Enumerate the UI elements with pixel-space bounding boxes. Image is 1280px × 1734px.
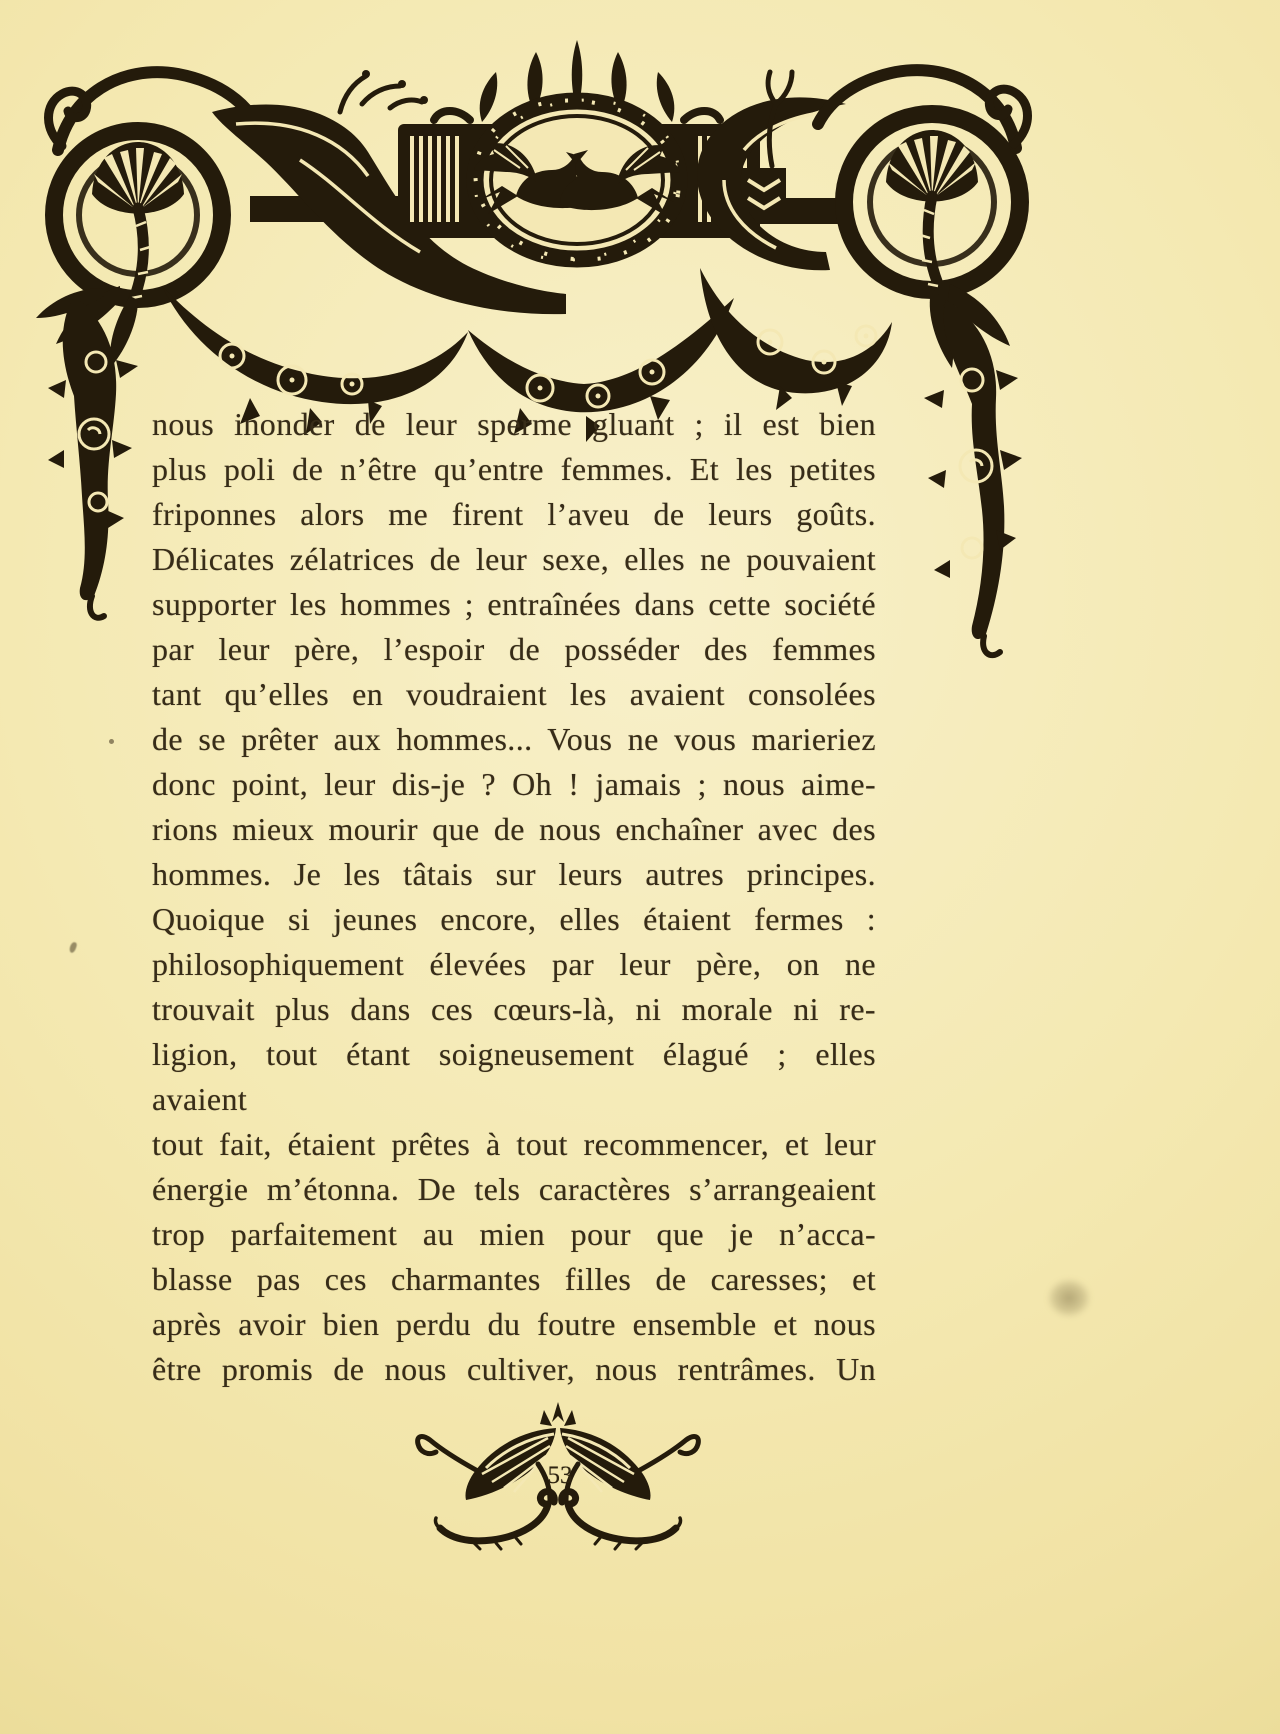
tulip-right — [886, 130, 978, 308]
text-line: par leur père, l’espoir de posséder des … — [152, 627, 876, 672]
text-line: ligion, tout étant soigneusement élagué … — [152, 1032, 876, 1122]
acanthus-swoosh-left — [212, 70, 566, 314]
pendant-left — [48, 296, 138, 618]
text-line: énergie m’étonna. De tels caractères s’a… — [152, 1167, 876, 1212]
right-scroll — [818, 70, 1028, 368]
text-line: supporter les hommes ; entraînées dans c… — [152, 582, 876, 627]
hatched-panel-left — [412, 136, 457, 222]
acanthus-swoosh-right — [697, 72, 846, 270]
text-line: Quoique si jeunes encore, elles étaient … — [152, 897, 876, 942]
text-line: blasse pas ces charmantes filles de care… — [152, 1257, 876, 1302]
ink-smudge — [1040, 1272, 1098, 1324]
text-line: être promis de nous cultiver, nous rentr… — [152, 1347, 876, 1392]
tailpiece-crest — [540, 1402, 576, 1426]
hatched-panel-right — [700, 136, 745, 222]
text-line: tant qu’elles en voudraient les avaient … — [152, 672, 876, 717]
text-line: hommes. Je les tâtais sur leurs autres p… — [152, 852, 876, 897]
text-line: philosophiquement élevées par leur père,… — [152, 942, 876, 987]
text-line: tout fait, étaient prêtes à tout recomme… — [152, 1122, 876, 1167]
text-line: de se prêter aux hommes... Vous ne vous … — [152, 717, 876, 762]
headpiece-bar-left — [250, 196, 420, 222]
text-line: donc point, leur dis-je ? Oh ! jamais ; … — [152, 762, 876, 807]
tailpiece-curl — [435, 1492, 554, 1549]
headpiece-bar-right — [700, 198, 850, 224]
pendant-right — [924, 300, 1022, 655]
book-page-scan: nous inonder de leur sperme gluant ; il … — [0, 0, 1280, 1734]
text-line: nous inonder de leur sperme gluant ; il … — [152, 402, 876, 447]
text-line: Délicates zélatrices de leur sexe, elles… — [152, 537, 876, 582]
text-line: trop parfaitement au mien pour que je n’… — [152, 1212, 876, 1257]
page-number: 53 — [528, 1462, 592, 1490]
text-line: plus poli de n’être qu’entre femmes. Et … — [152, 447, 876, 492]
text-line: rions mieux mourir que de nous enchaîner… — [152, 807, 876, 852]
rose-garland-right — [700, 268, 892, 410]
ink-speck — [109, 739, 114, 744]
text-line: friponnes alors me firent l’aveu de leur… — [152, 492, 876, 537]
text-line: trouvait plus dans ces cœurs-là, ni mora… — [152, 987, 876, 1032]
dove-right — [560, 145, 680, 216]
doves-medallion — [462, 83, 692, 277]
ink-comma-mark — [68, 941, 77, 953]
center-band — [398, 40, 760, 238]
text-block: nous inonder de leur sperme gluant ; il … — [152, 402, 876, 1392]
tulip-left — [92, 142, 184, 320]
left-scroll — [36, 72, 258, 368]
text-line: après avoir bien perdu du foutre ensembl… — [152, 1302, 876, 1347]
dove-left — [474, 143, 594, 214]
